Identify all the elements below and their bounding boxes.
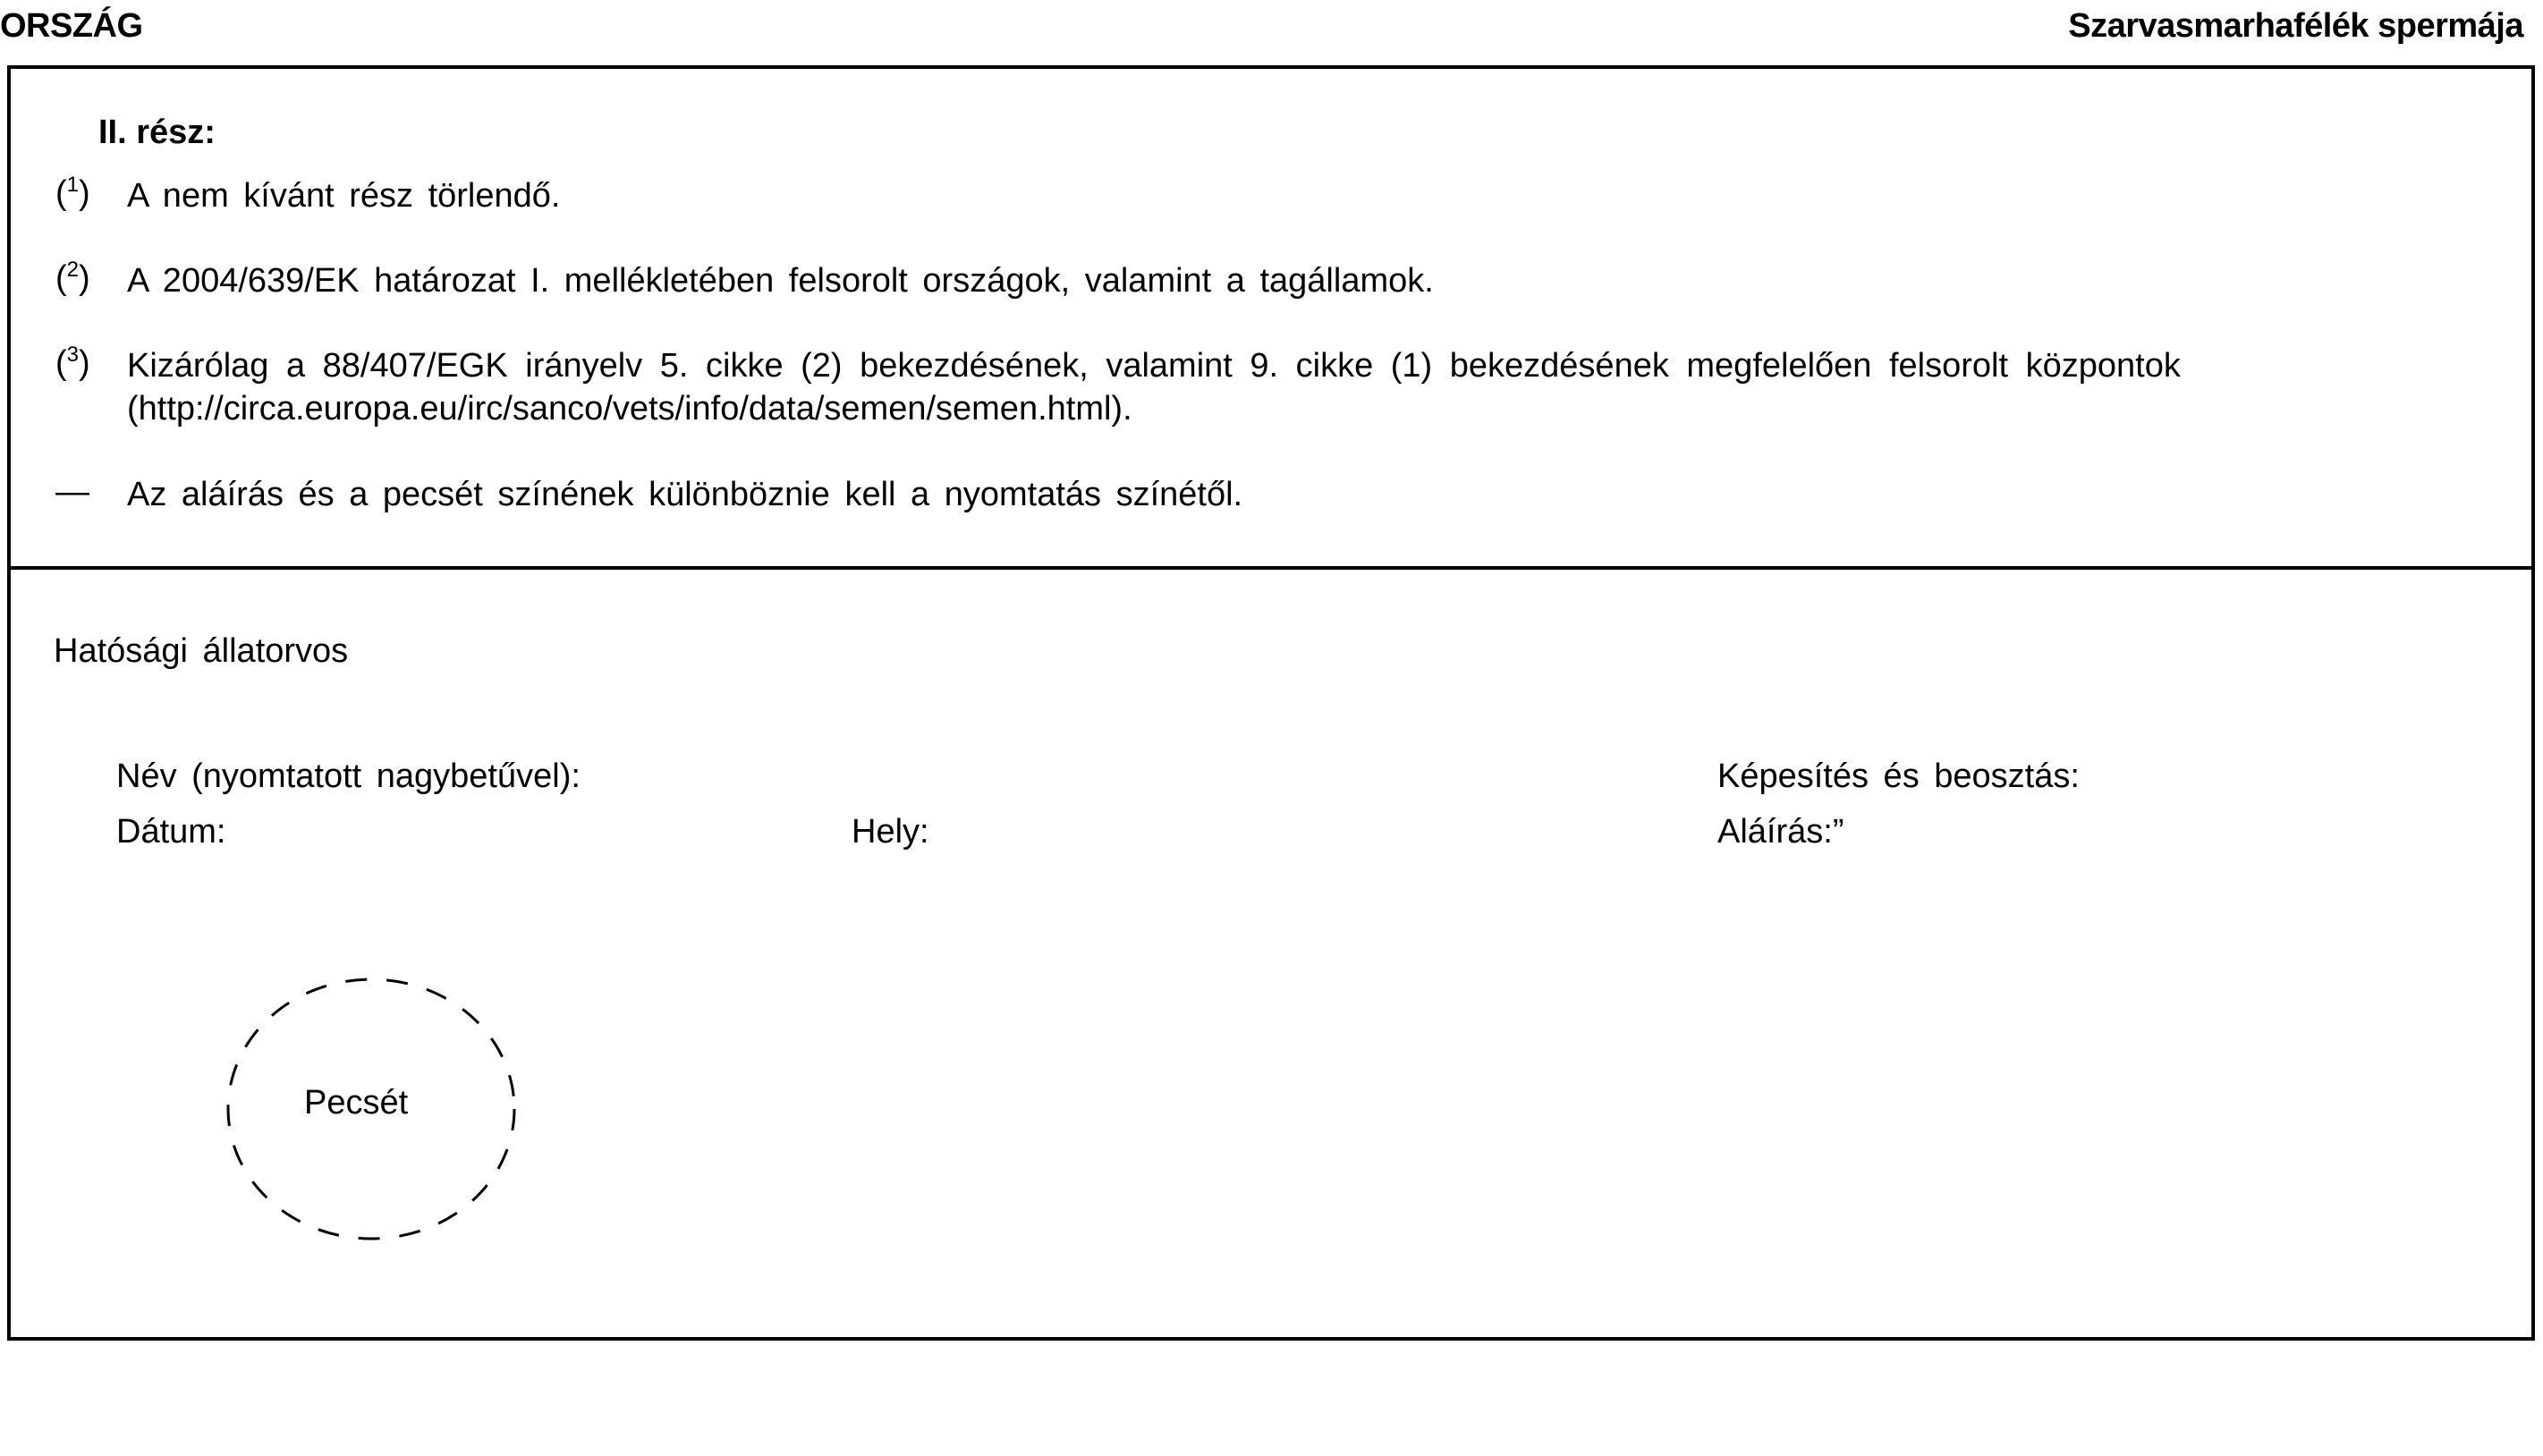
dash-marker: — [55,473,89,512]
qualification-label: Képesítés és beosztás: [1717,758,2080,796]
footnote-2: A 2004/639/EK határozat I. mellékletében… [127,259,1434,302]
signature-label: Aláírás:” [1717,813,1844,851]
signature-color-note: Az aláírás és a pecsét színének különböz… [127,473,1242,516]
stamp-label: Pecsét [304,1084,408,1122]
part-title: II. rész: [98,114,216,152]
footnote-3-url: (http://circa.europa.eu/irc/sanco/vets/i… [127,387,2181,430]
country-header: ORSZÁG [0,7,143,46]
section-divider [11,566,2531,570]
footnote-3-line1: Kizárólag a 88/407/EGK irányelv 5. cikke… [127,344,2181,387]
footnote-3: Kizárólag a 88/407/EGK irányelv 5. cikke… [127,344,2181,430]
document-title: Szarvasmarhafélék spermája [2068,7,2523,46]
footnote-marker-3: (3) [55,344,90,383]
footnote-marker-1: (1) [55,174,90,213]
footnote-1: A nem kívánt rész törlendő. [127,174,560,217]
footnote-marker-2: (2) [55,259,90,298]
official-veterinarian-title: Hatósági állatorvos [54,632,348,671]
name-label: Név (nyomtatott nagybetűvel): [116,758,581,796]
date-label: Dátum: [116,813,225,851]
place-label: Hely: [852,813,929,851]
